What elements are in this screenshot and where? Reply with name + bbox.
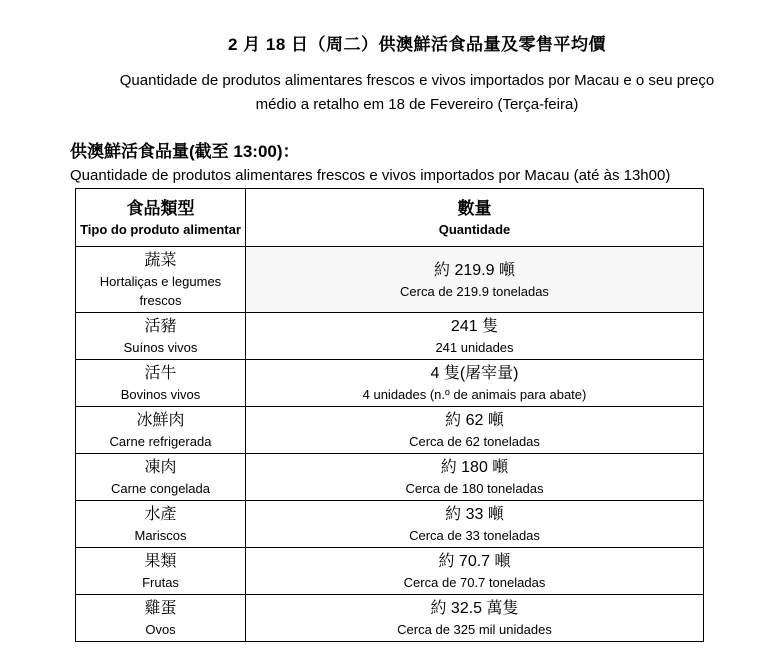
product-name-zh: 雞蛋	[80, 597, 241, 620]
supply-quantity-table: 食品類型 Tipo do produto alimentar 數量 Quanti…	[75, 188, 704, 642]
product-cell: 雞蛋 Ovos	[76, 595, 246, 642]
product-name-pt: Hortaliças e legumes frescos	[80, 272, 241, 310]
product-name-zh: 活豬	[80, 315, 241, 338]
header-quantity: 數量 Quantidade	[246, 189, 704, 247]
header-product-type: 食品類型 Tipo do produto alimentar	[76, 189, 246, 247]
product-name-pt: Mariscos	[80, 526, 241, 545]
product-name-pt: Carne congelada	[80, 479, 241, 498]
product-name-zh: 凍肉	[80, 456, 241, 479]
quantity-pt: Cerca de 33 toneladas	[250, 526, 699, 545]
product-name-pt: Ovos	[80, 620, 241, 639]
quantity-pt: Cerca de 70.7 toneladas	[250, 573, 699, 592]
table-row: 雞蛋 Ovos 約 32.5 萬隻 Cerca de 325 mil unida…	[76, 595, 704, 642]
quantity-zh: 約 70.7 噸	[250, 550, 699, 573]
product-cell: 活豬 Suínos vivos	[76, 313, 246, 360]
quantity-cell: 約 33 噸 Cerca de 33 toneladas	[246, 501, 704, 548]
product-cell: 水產 Mariscos	[76, 501, 246, 548]
quantity-pt: Cerca de 219.9 toneladas	[250, 282, 699, 301]
quantity-pt: Cerca de 325 mil unidades	[250, 620, 699, 639]
product-name-zh: 冰鮮肉	[80, 409, 241, 432]
product-cell: 凍肉 Carne congelada	[76, 454, 246, 501]
quantity-zh: 241 隻	[250, 315, 699, 338]
quantity-pt: 4 unidades (n.º de animais para abate)	[250, 385, 699, 404]
quantity-pt: Cerca de 180 toneladas	[250, 479, 699, 498]
product-name-pt: Suínos vivos	[80, 338, 241, 357]
product-name-zh: 蔬菜	[80, 249, 241, 272]
quantity-cell: 約 62 噸 Cerca de 62 toneladas	[246, 407, 704, 454]
product-cell: 果類 Frutas	[76, 548, 246, 595]
document-subtitle-pt: Quantidade de produtos alimentares fresc…	[100, 69, 734, 117]
quantity-cell: 約 32.5 萬隻 Cerca de 325 mil unidades	[246, 595, 704, 642]
header-product-type-zh: 食品類型	[80, 197, 241, 221]
quantity-cell: 約 70.7 噸 Cerca de 70.7 toneladas	[246, 548, 704, 595]
table-row: 果類 Frutas 約 70.7 噸 Cerca de 70.7 tonelad…	[76, 548, 704, 595]
quantity-zh: 約 32.5 萬隻	[250, 597, 699, 620]
table-row: 凍肉 Carne congelada 約 180 噸 Cerca de 180 …	[76, 454, 704, 501]
table-row: 水產 Mariscos 約 33 噸 Cerca de 33 toneladas	[76, 501, 704, 548]
table-row: 蔬菜 Hortaliças e legumes frescos 約 219.9 …	[76, 247, 704, 313]
document-page: 2 月 18 日（周二）供澳鮮活食品量及零售平均價 Quantidade de …	[70, 0, 764, 642]
quantity-zh: 約 62 噸	[250, 409, 699, 432]
quantity-cell: 約 219.9 噸 Cerca de 219.9 toneladas	[246, 247, 704, 313]
quantity-zh: 約 219.9 噸	[250, 259, 699, 282]
table-row: 活牛 Bovinos vivos 4 隻(屠宰量) 4 unidades (n.…	[76, 360, 704, 407]
section-heading-zh: 供澳鮮活食品量(截至 13:00)：	[70, 137, 764, 162]
product-cell: 活牛 Bovinos vivos	[76, 360, 246, 407]
quantity-zh: 約 33 噸	[250, 503, 699, 526]
table-header-row: 食品類型 Tipo do produto alimentar 數量 Quanti…	[76, 189, 704, 247]
header-quantity-pt: Quantidade	[250, 221, 699, 239]
section-heading-pt: Quantidade de produtos alimentares fresc…	[70, 167, 764, 184]
quantity-cell: 241 隻 241 unidades	[246, 313, 704, 360]
quantity-cell: 約 180 噸 Cerca de 180 toneladas	[246, 454, 704, 501]
product-cell: 冰鮮肉 Carne refrigerada	[76, 407, 246, 454]
quantity-pt: Cerca de 62 toneladas	[250, 432, 699, 451]
product-name-zh: 活牛	[80, 362, 241, 385]
quantity-zh: 4 隻(屠宰量)	[250, 362, 699, 385]
header-quantity-zh: 數量	[250, 197, 699, 221]
quantity-zh: 約 180 噸	[250, 456, 699, 479]
table-row: 冰鮮肉 Carne refrigerada 約 62 噸 Cerca de 62…	[76, 407, 704, 454]
header-product-type-pt: Tipo do produto alimentar	[80, 221, 241, 239]
product-name-zh: 果類	[80, 550, 241, 573]
product-cell: 蔬菜 Hortaliças e legumes frescos	[76, 247, 246, 313]
product-name-pt: Bovinos vivos	[80, 385, 241, 404]
product-name-zh: 水產	[80, 503, 241, 526]
product-name-pt: Frutas	[80, 573, 241, 592]
quantity-cell: 4 隻(屠宰量) 4 unidades (n.º de animais para…	[246, 360, 704, 407]
product-name-pt: Carne refrigerada	[80, 432, 241, 451]
document-title-zh: 2 月 18 日（周二）供澳鮮活食品量及零售平均價	[70, 30, 764, 55]
quantity-pt: 241 unidades	[250, 338, 699, 357]
table-row: 活豬 Suínos vivos 241 隻 241 unidades	[76, 313, 704, 360]
